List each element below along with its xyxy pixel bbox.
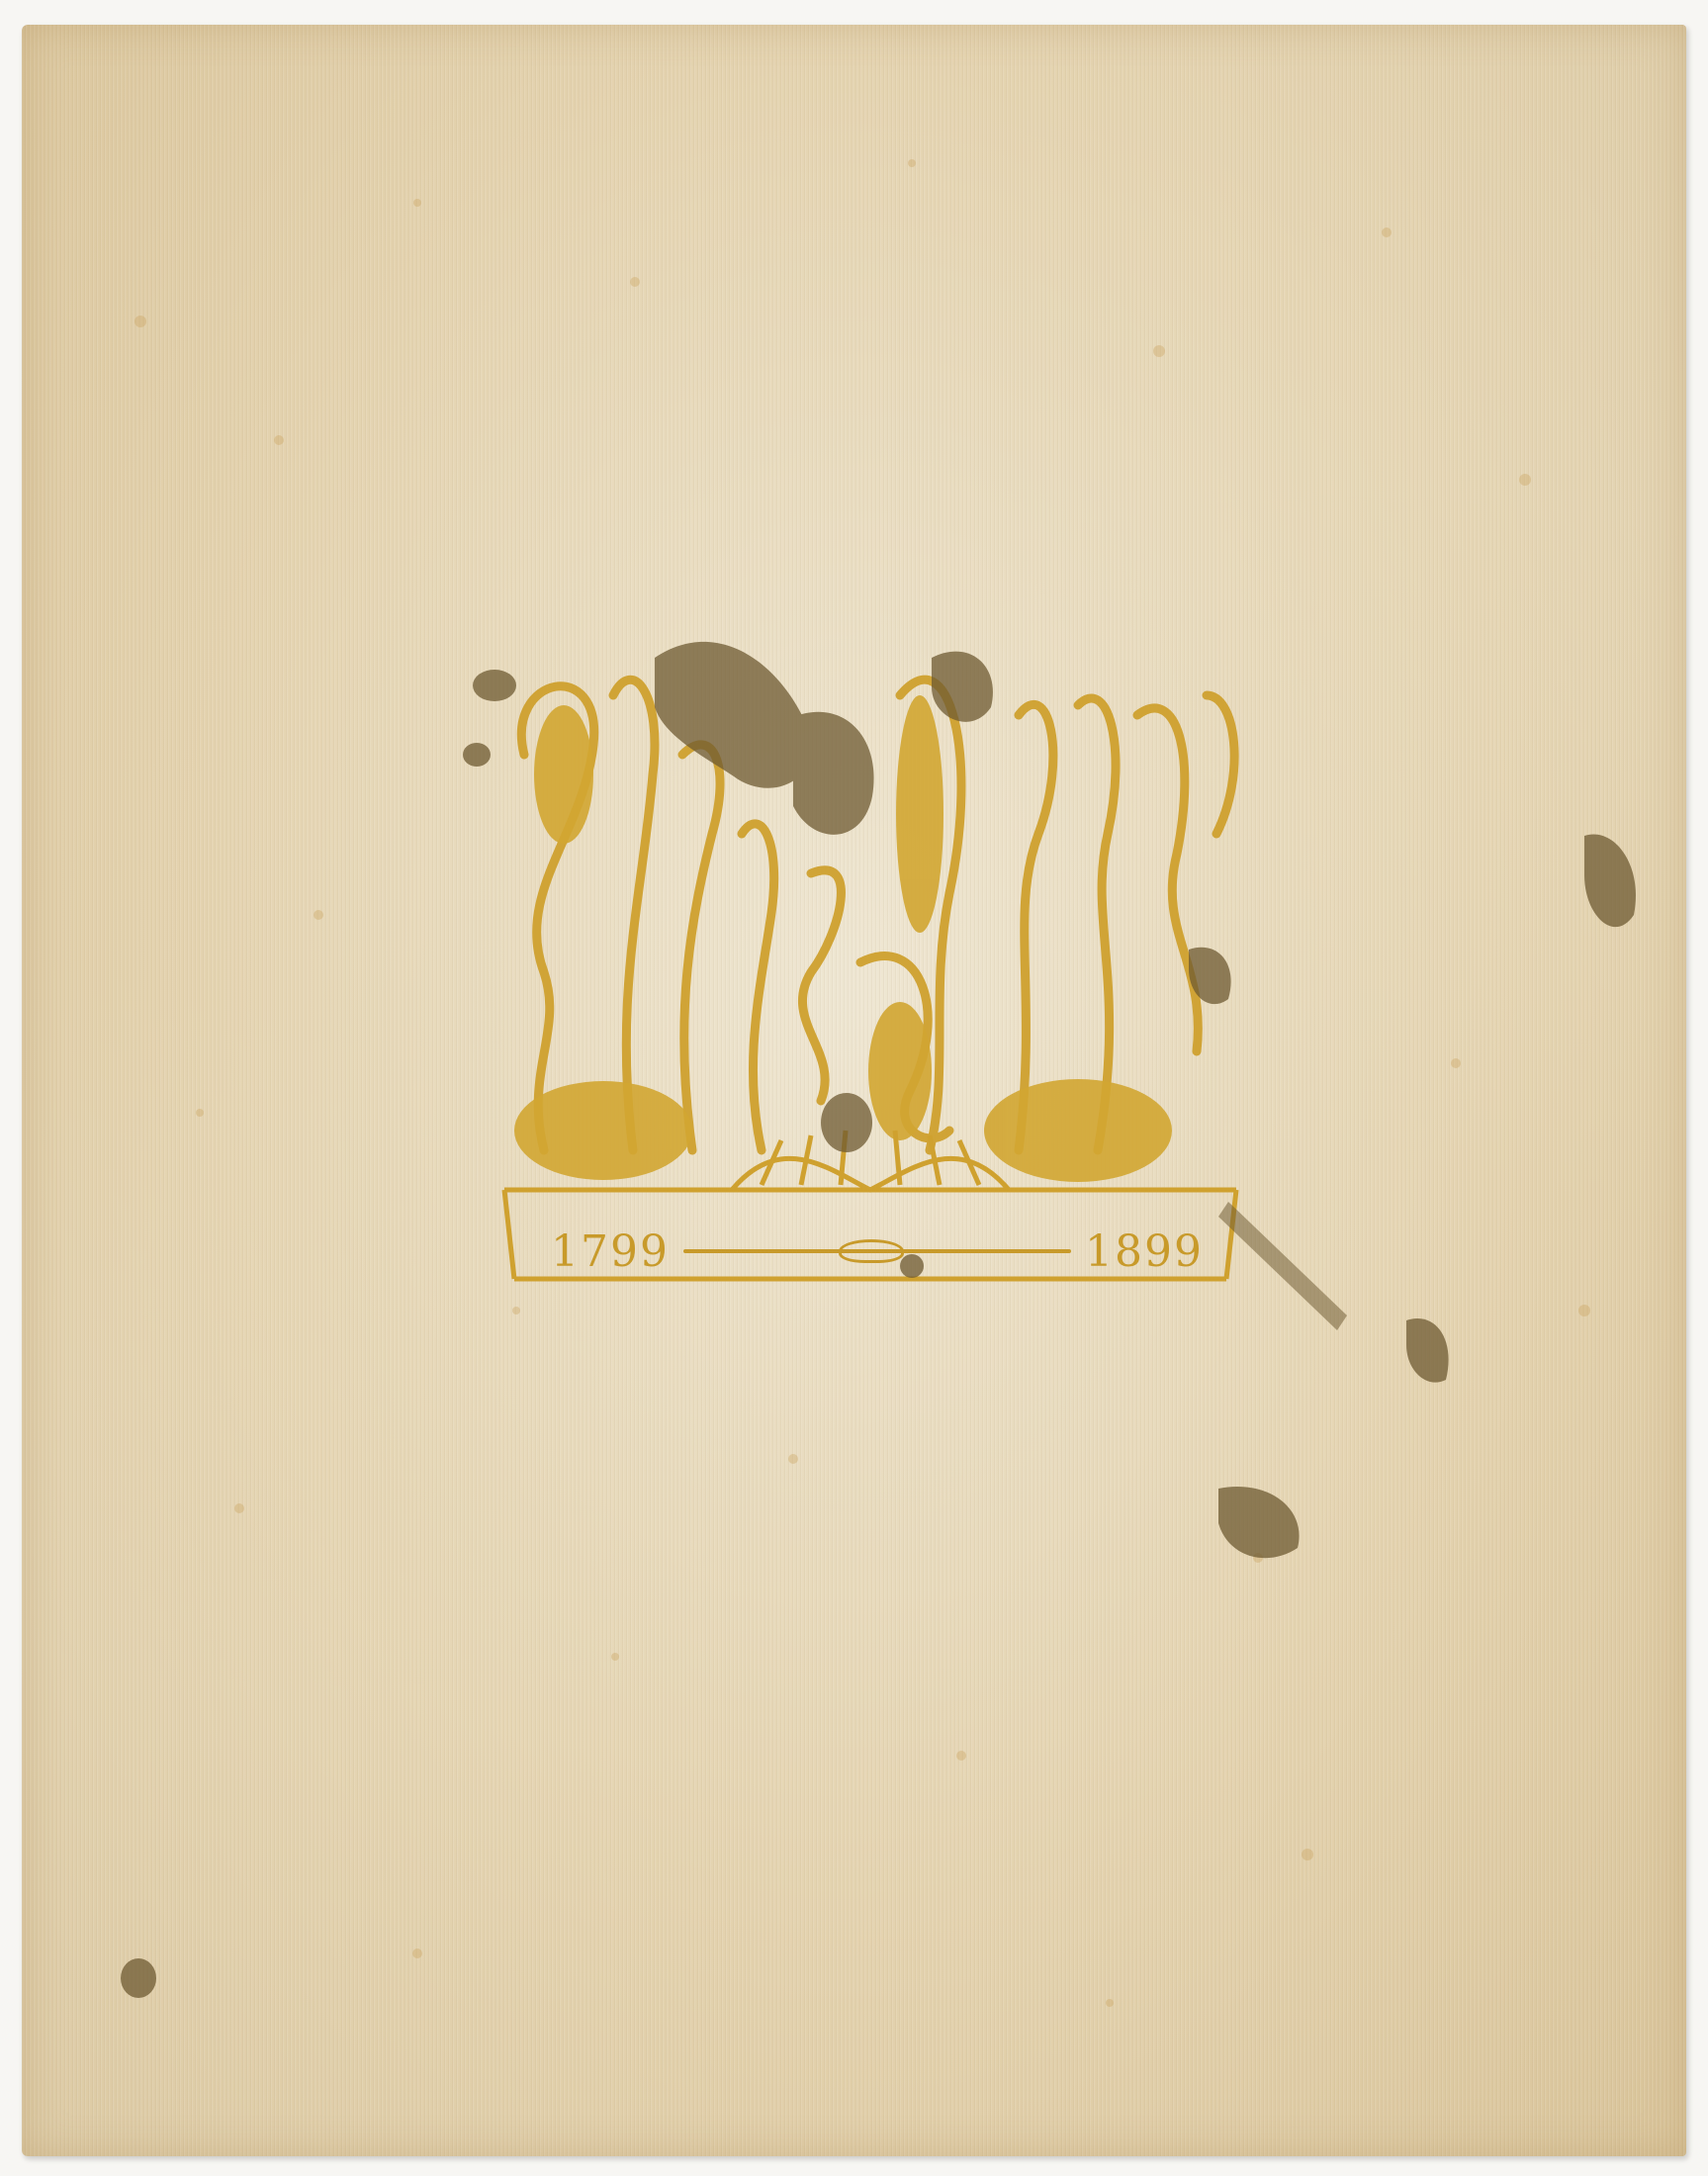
gold-emblem [485,636,1256,1309]
book-cover: 1799 1899 [22,25,1686,2156]
ornament-divider-icon [683,1249,1071,1253]
art-nouveau-ornament-icon [485,636,1256,1309]
start-year: 1799 [551,1226,670,1277]
date-band: 1799 1899 [551,1222,1204,1281]
end-year: 1899 [1085,1226,1204,1277]
